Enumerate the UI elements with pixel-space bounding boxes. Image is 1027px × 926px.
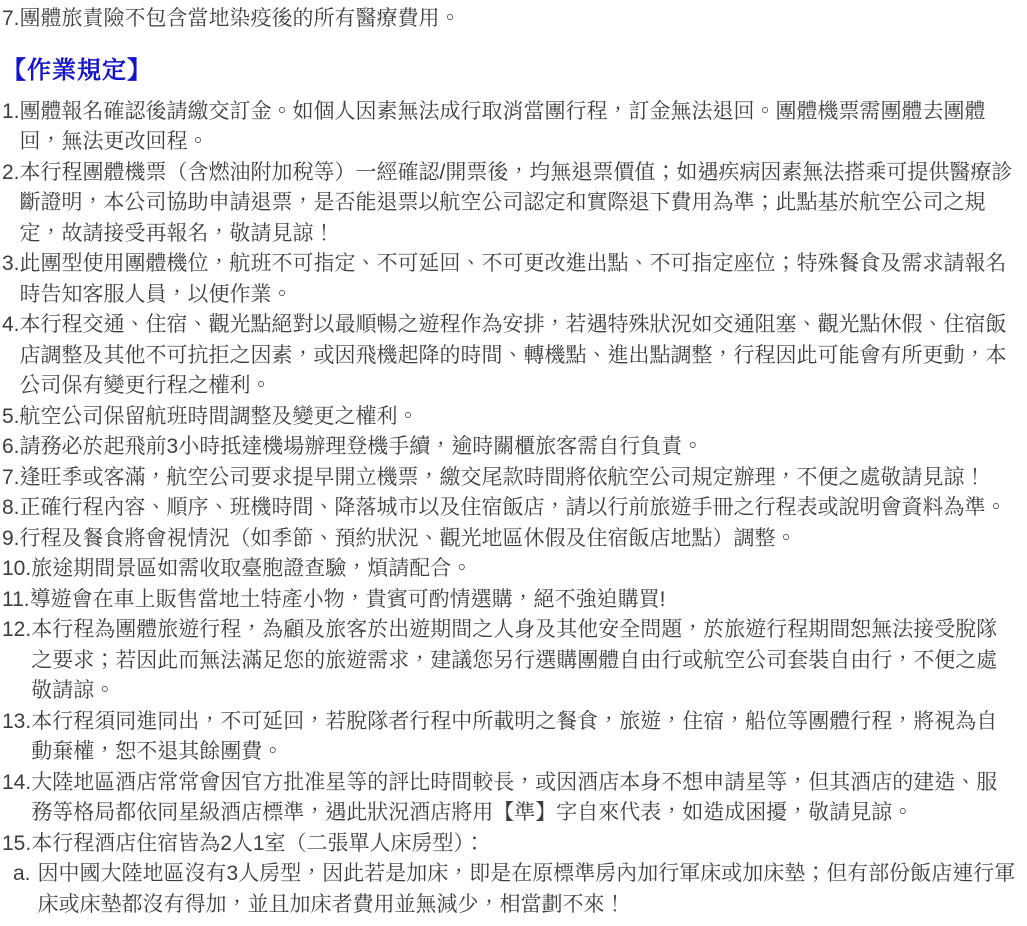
rule-number: 14.: [2, 768, 31, 799]
rule-item: 5. 航空公司保留航班時間調整及變更之權利。: [2, 402, 1017, 433]
rule-number: 5.: [2, 402, 20, 433]
section-heading: 【作業規定】: [2, 54, 1017, 88]
rule-item: 3. 此團型使用團體機位，航班不可指定、不可延回、不可更改進出點、不可指定座位；…: [2, 249, 1017, 310]
rule-item: 10. 旅途期間景區如需收取臺胞證查驗，煩請配合。: [2, 554, 1017, 585]
rule-number: 7.: [2, 4, 20, 35]
rule-item: 6. 請務必於起飛前3小時抵達機場辦理登機手續，逾時關櫃旅客需自行負責。: [2, 432, 1017, 463]
rule-text: 此團型使用團體機位，航班不可指定、不可延回、不可更改進出點、不可指定座位；特殊餐…: [20, 249, 1017, 310]
rule-text: 本行程須同進同出，不可延回，若脫隊者行程中所載明之餐食，旅遊，住宿，船位等團體行…: [31, 707, 1017, 768]
rule-number: 1.: [2, 97, 20, 128]
rule-text: 導遊會在車上販售當地土特產小物，貴賓可酌情選購，絕不強迫購買!: [30, 585, 1017, 616]
rule-item: 9. 行程及餐食將會視情況（如季節、預約狀況、觀光地區休假及住宿飯店地點）調整。: [2, 524, 1017, 555]
rule-item: 13. 本行程須同進同出，不可延回，若脫隊者行程中所載明之餐食，旅遊，住宿，船位…: [2, 707, 1017, 768]
rule-text: 旅途期間景區如需收取臺胞證查驗，煩請配合。: [31, 554, 1017, 585]
rule-text: 請務必於起飛前3小時抵達機場辦理登機手續，逾時關櫃旅客需自行負責。: [20, 432, 1017, 463]
rule-number: 11.: [2, 585, 30, 616]
rule-text: 本行程交通、住宿、觀光點絕對以最順暢之遊程作為安排，若遇特殊狀況如交通阻塞、觀光…: [20, 310, 1017, 402]
rule-text: 本行程團體機票（含燃油附加稅等）一經確認/開票後，均無退票價值；如遇疾病因素無法…: [20, 158, 1017, 250]
rule-text: 團體報名確認後請繳交訂金。如個人因素無法成行取消當團行程，訂金無法退回。團體機票…: [20, 97, 1017, 158]
rule-text: 行程及餐食將會視情況（如季節、預約狀況、觀光地區休假及住宿飯店地點）調整。: [20, 524, 1017, 555]
rule-text: 航空公司保留航班時間調整及變更之權利。: [20, 402, 1017, 433]
rule-item: 8. 正確行程內容、順序、班機時間、降落城市以及住宿飯店，請以行前旅遊手冊之行程…: [2, 493, 1017, 524]
rule-text: 大陸地區酒店常常會因官方批准星等的評比時間較長，或因酒店本身不想申請星等，但其酒…: [31, 768, 1017, 829]
rule-text: 團體旅責險不包含當地染疫後的所有醫療費用。: [20, 4, 1017, 35]
rule-number: 10.: [2, 554, 31, 585]
rule-number: 4.: [2, 310, 20, 341]
rule-item: 15. 本行程酒店住宿皆為2人1室（二張單人床房型）：: [2, 829, 1017, 860]
rule-item: 7. 逢旺季或客滿，航空公司要求提早開立機票，繳交尾款時間將依航空公司規定辦理，…: [2, 463, 1017, 494]
rule-number: 2.: [2, 158, 20, 189]
rule-item: 11. 導遊會在車上販售當地土特產小物，貴賓可酌情選購，絕不強迫購買!: [2, 585, 1017, 616]
rule-text: 逢旺季或客滿，航空公司要求提早開立機票，繳交尾款時間將依航空公司規定辦理，不便之…: [20, 463, 1017, 494]
rule-number: 7.: [2, 463, 20, 494]
rule-item-intro: 7. 團體旅責險不包含當地染疫後的所有醫療費用。: [2, 4, 1017, 35]
rule-item: 1. 團體報名確認後請繳交訂金。如個人因素無法成行取消當團行程，訂金無法退回。團…: [2, 97, 1017, 158]
rule-item: 4. 本行程交通、住宿、觀光點絕對以最順暢之遊程作為安排，若遇特殊狀況如交通阻塞…: [2, 310, 1017, 402]
rule-number: 15.: [2, 829, 31, 860]
rules-list: 1. 團體報名確認後請繳交訂金。如個人因素無法成行取消當團行程，訂金無法退回。團…: [2, 97, 1017, 921]
rule-number: 6.: [2, 432, 20, 463]
travel-terms-document: 7. 團體旅責險不包含當地染疫後的所有醫療費用。 【作業規定】 1. 團體報名確…: [0, 0, 1027, 926]
rule-item: 12. 本行程為團體旅遊行程，為顧及旅客於出遊期間之人身及其他安全問題，於旅遊行…: [2, 615, 1017, 707]
rule-number: 12.: [2, 615, 31, 646]
rule-number: 13.: [2, 707, 31, 738]
rule-number: 3.: [2, 249, 20, 280]
rule-item: 14. 大陸地區酒店常常會因官方批准星等的評比時間較長，或因酒店本身不想申請星等…: [2, 768, 1017, 829]
rule-text: 本行程酒店住宿皆為2人1室（二張單人床房型）：: [31, 829, 1017, 860]
rule-number: 9.: [2, 524, 20, 555]
rule-text: 本行程為團體旅遊行程，為顧及旅客於出遊期間之人身及其他安全問題，於旅遊行程期間恕…: [31, 615, 1017, 707]
sub-rule-letter: a.: [13, 859, 31, 890]
rule-item: 2. 本行程團體機票（含燃油附加稅等）一經確認/開票後，均無退票價值；如遇疾病因…: [2, 158, 1017, 250]
rule-number: 8.: [2, 493, 20, 524]
rule-text: 正確行程內容、順序、班機時間、降落城市以及住宿飯店，請以行前旅遊手冊之行程表或說…: [20, 493, 1017, 524]
sub-rule-text: 因中國大陸地區沒有3人房型，因此若是加床，即是在原標準房內加行軍床或加床墊；但有…: [38, 859, 1017, 920]
sub-rule-item: a. 因中國大陸地區沒有3人房型，因此若是加床，即是在原標準房內加行軍床或加床墊…: [13, 859, 1017, 920]
